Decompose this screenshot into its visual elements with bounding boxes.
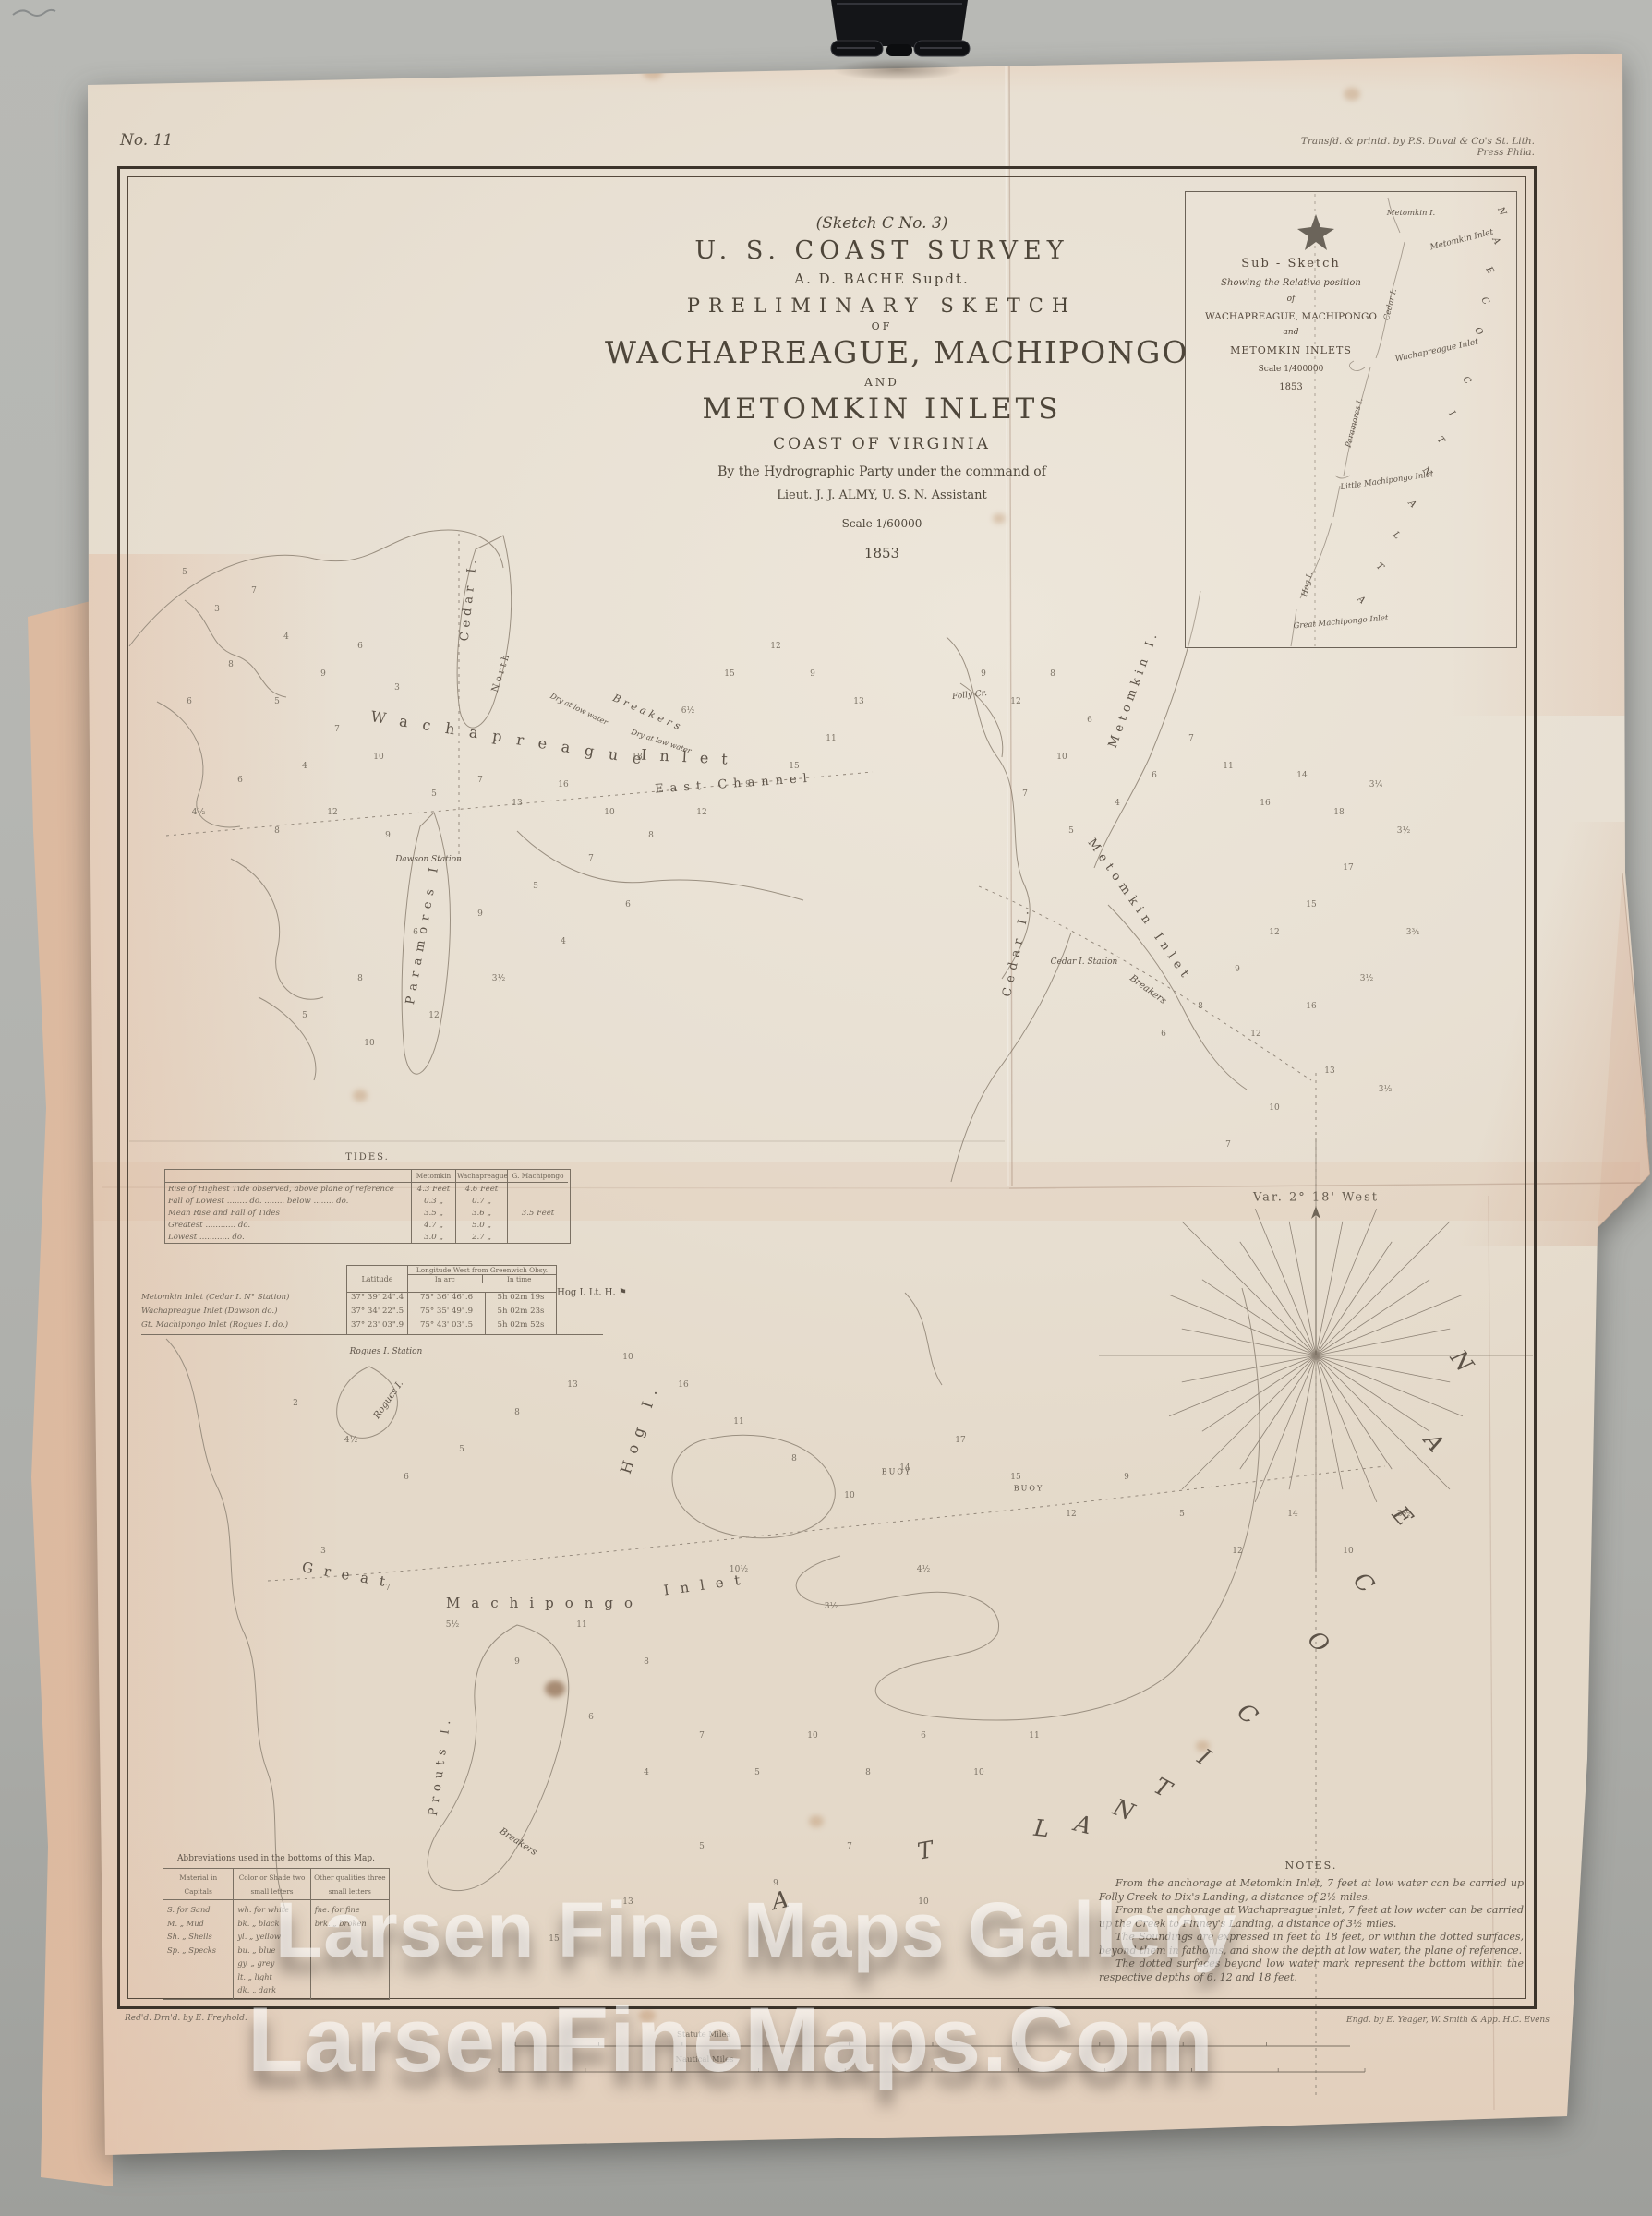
sounding-number: 13 (853, 697, 863, 706)
sub-sketch-line1: Showing the Relative position (1189, 278, 1393, 288)
longitude-arc-value: 75° 43' 03".5 (407, 1320, 485, 1334)
sounding-number: 6 (625, 900, 631, 909)
survey-name: U. S. COAST SURVEY (605, 236, 1159, 265)
sounding-number: 18 (1333, 808, 1344, 817)
sounding-number: 10 (1269, 1103, 1279, 1113)
sounding-number: 6 (357, 642, 363, 651)
sounding-number: 11 (826, 734, 836, 743)
of-word: OF (605, 320, 1159, 332)
sounding-number: 5 (302, 1011, 307, 1020)
tides-row-label: Greatest ............ do. (165, 1219, 411, 1231)
longitude-arc-value: 75° 35' 49".9 (407, 1307, 485, 1320)
notes-title: NOTES. (1099, 1860, 1524, 1872)
station-name: Wachapreague Inlet (Dawson do.) (141, 1307, 346, 1320)
longitude-time-value: 5h 02m 19s (485, 1293, 557, 1307)
sounding-number: 11 (576, 1620, 586, 1630)
sounding-number: 16 (678, 1380, 688, 1390)
arc-header: In arc (408, 1275, 482, 1283)
sounding-number: 8 (1050, 669, 1055, 679)
sounding-number: 4 (283, 632, 289, 642)
sounding-number: 12 (1250, 1030, 1260, 1039)
sounding-number: 12 (1269, 928, 1279, 937)
map-sheet-wrap: No. 11 Transfd. & printd. by P.S. Duval … (0, 0, 1652, 2216)
sounding-number: 9 (385, 831, 391, 840)
sounding-number: 12 (1066, 1510, 1076, 1519)
sounding-number: 5 (459, 1445, 464, 1454)
sounding-number: 7 (699, 1731, 705, 1740)
sounding-number: 6 (588, 1713, 594, 1722)
sketch-number: (Sketch C No. 3) (605, 214, 1159, 233)
sounding-number: 10 (1056, 753, 1067, 762)
sounding-number: 8 (1198, 1002, 1203, 1011)
sounding-number: 9 (320, 669, 326, 679)
sounding-number: 15 (1010, 1473, 1020, 1482)
map-label: L (1032, 1814, 1051, 1843)
sounding-number: 4 (644, 1768, 649, 1777)
sounding-number: 7 (334, 725, 340, 734)
tides-col-header: Metomkin (411, 1170, 455, 1183)
sounding-number: 6 (1161, 1030, 1166, 1039)
sounding-number: 4½ (344, 1436, 357, 1445)
station-name: Metomkin Inlet (Cedar I. N° Station) (141, 1293, 346, 1307)
sounding-number: 6 (413, 928, 418, 937)
photo-of-antique-map: No. 11 Transfd. & printd. by P.S. Duval … (0, 0, 1652, 2216)
sounding-number: 12 (696, 808, 706, 817)
watermark-line1: Larsen Fine Maps Gallery (275, 1885, 1237, 1975)
sounding-number: 15 (789, 762, 799, 771)
longitude-time-value: 5h 02m 52s (485, 1320, 557, 1334)
tides-value (507, 1195, 568, 1207)
abbrev-entry: S. for Sand (167, 1903, 229, 1917)
printer-imprint: Transfd. & printd. by P.S. Duval & Co's … (1291, 136, 1535, 158)
sounding-number: 6 (1152, 771, 1157, 780)
sounding-number: 7 (477, 776, 483, 785)
sounding-number: 12 (1232, 1547, 1242, 1556)
map-label: BUOY (1014, 1485, 1043, 1493)
sounding-number: 3½ (1379, 1085, 1392, 1094)
tides-value: 0.7 „ (455, 1195, 507, 1207)
abbrev-entry: Sh. „ Shells (167, 1930, 229, 1944)
sounding-number: 10 (973, 1768, 983, 1777)
abbreviations-title: Abbreviations used in the bottoms of thi… (163, 1854, 390, 1863)
sub-sketch-scale: Scale 1/400000 (1189, 365, 1393, 374)
binder-clip (805, 0, 994, 65)
map-label: Rogues I. Station (350, 1347, 423, 1356)
sounding-number: 9 (514, 1657, 520, 1667)
tides-value (507, 1231, 568, 1243)
sounding-number: 12 (770, 642, 780, 651)
sounding-number: 7 (1022, 789, 1028, 799)
sounding-number: 8 (648, 831, 654, 840)
map-title-line1: WACHAPREAGUE, MACHIPONGO (605, 334, 1159, 370)
sub-sketch-title-block: Sub - Sketch Showing the Relative positi… (1189, 257, 1393, 392)
sounding-number: 8 (357, 974, 363, 983)
latitude-value: 37° 23' 03".9 (346, 1320, 407, 1334)
sounding-number: 5 (1179, 1510, 1185, 1519)
sounding-number: 5 (754, 1768, 760, 1777)
sounding-number: 9 (1124, 1473, 1129, 1482)
station-name: Gt. Machipongo Inlet (Rogues I. do.) (141, 1320, 346, 1334)
engraver-credit: Engd. by E. Yeager, W. Smith & App. H.C.… (1346, 2016, 1550, 2025)
sounding-number: 7 (1225, 1140, 1231, 1150)
sounding-number: 6 (1087, 716, 1092, 725)
tides-value: 2.7 „ (455, 1231, 507, 1243)
sub-sketch-title: Sub - Sketch (1189, 257, 1393, 271)
sounding-number: 11 (733, 1417, 743, 1427)
sounding-number: 11 (1029, 1731, 1039, 1740)
longitude-header: Longitude West from Greenwich Obsy. (408, 1266, 556, 1274)
sounding-number: 3¾ (1406, 928, 1419, 937)
sounding-number: 7 (251, 586, 257, 596)
map-label: Hog I. Lt. H. ⚑ (557, 1288, 627, 1298)
abbrev-entry: M. „ Mud (167, 1917, 229, 1931)
sub-sketch-and: and (1189, 328, 1393, 337)
sounding-number: 9 (1235, 965, 1240, 974)
party-line: By the Hydrographic Party under the comm… (605, 464, 1159, 479)
sounding-number: 9 (810, 669, 815, 679)
sounding-number: 6 (404, 1473, 409, 1482)
series-title: PRELIMINARY SKETCH (605, 295, 1159, 317)
sounding-number: 4½ (192, 808, 205, 817)
sounding-number: 3½ (825, 1602, 838, 1611)
sounding-number: 16 (1260, 799, 1270, 808)
sounding-number: 10 (604, 808, 614, 817)
sounding-number: 6½ (681, 706, 694, 716)
sub-sketch-label: Metomkin I. (1387, 209, 1435, 218)
sounding-number: 8 (791, 1454, 797, 1463)
sounding-number: 3 (214, 605, 220, 614)
sounding-number: 12 (327, 808, 337, 817)
sounding-number: 14 (899, 1463, 910, 1473)
year: 1853 (605, 545, 1159, 561)
tides-col-header: Wachapreague (455, 1170, 507, 1183)
sounding-number: 13 (1324, 1066, 1334, 1076)
tides-title: TIDES. (164, 1152, 571, 1162)
map-title-line2: METOMKIN INLETS (605, 392, 1159, 426)
tides-value: 4.7 „ (411, 1219, 455, 1231)
abbrev-entry: Sp. „ Specks (167, 1944, 229, 1957)
sounding-number: 4 (302, 762, 307, 771)
superintendent: A. D. BACHE Supdt. (605, 271, 1159, 287)
tides-row-label: Lowest ............ do. (165, 1231, 411, 1243)
sounding-number: 8 (274, 826, 280, 836)
officer-line: Lieut. J. J. ALMY, U. S. N. Assistant (605, 488, 1159, 502)
tides-value: 3.0 „ (411, 1231, 455, 1243)
sounding-number: 12 (428, 1011, 439, 1020)
sounding-number: 14 (1287, 1510, 1297, 1519)
sounding-number: 3½ (1397, 1510, 1410, 1519)
sounding-number: 17 (1343, 863, 1353, 873)
sounding-number: 3¼ (1369, 780, 1382, 789)
sounding-number: 2 (293, 1399, 298, 1408)
tides-table: TIDES. Metomkin Wachapreague G. Machipon… (164, 1152, 571, 1244)
sounding-number: 14 (1296, 771, 1307, 780)
sounding-number: 9 (477, 909, 483, 919)
tides-value: 3.5 Feet (507, 1207, 568, 1219)
latitude-value: 37° 34' 22".5 (346, 1307, 407, 1320)
sounding-number: 4 (1115, 799, 1120, 808)
sounding-number: 5 (274, 697, 280, 706)
sounding-number: 10 (807, 1731, 817, 1740)
sounding-number: 17 (955, 1436, 965, 1445)
sounding-number: 10 (364, 1039, 374, 1048)
map-sheet: No. 11 Transfd. & printd. by P.S. Duval … (0, 0, 1652, 2216)
time-header: In time (482, 1275, 557, 1283)
sounding-number: 3 (394, 683, 400, 692)
tides-value (507, 1183, 568, 1195)
sounding-number: 11 (1223, 762, 1233, 771)
sounding-number: 8 (228, 660, 234, 669)
sounding-number: 10 (844, 1491, 854, 1500)
sounding-number: 5 (1068, 826, 1074, 836)
region: COAST OF VIRGINIA (605, 435, 1159, 453)
sounding-number: 9 (745, 780, 751, 789)
tides-value: 5.0 „ (455, 1219, 507, 1231)
latitude-header: Latitude (346, 1265, 407, 1293)
tides-value: 3.6 „ (455, 1207, 507, 1219)
sheet-number: No. 11 (120, 131, 173, 150)
sounding-number: 15 (724, 669, 734, 679)
sounding-number: 7 (588, 854, 594, 863)
sounding-number: 13 (512, 799, 522, 808)
tides-value (507, 1219, 568, 1231)
sounding-number: 8 (514, 1408, 520, 1417)
sounding-number: 8 (644, 1657, 649, 1667)
sounding-number: 6 (187, 697, 192, 706)
sounding-number: 3 (320, 1547, 326, 1556)
tides-row-label: Fall of Lowest ........ do. ........ bel… (165, 1195, 411, 1207)
scale-note: Scale 1/60000 (605, 517, 1159, 530)
map-label: Machipongo (446, 1595, 644, 1611)
longitude-arc-value: 75° 36' 46".6 (407, 1293, 485, 1307)
sounding-number: 3½ (492, 974, 505, 983)
sounding-number: 13 (567, 1380, 577, 1390)
sounding-number: 15 (1306, 900, 1316, 909)
sounding-number: 5 (431, 789, 437, 799)
tides-value: 0.3 „ (411, 1195, 455, 1207)
sounding-number: 4 (561, 937, 566, 946)
sounding-number: 7 (1188, 734, 1194, 743)
sounding-number: 7 (847, 1842, 852, 1851)
abbrev-col-header: Material in Capitals (163, 1871, 233, 1900)
sounding-number: 3½ (1360, 974, 1373, 983)
sounding-number: 10 (1343, 1547, 1353, 1556)
sounding-number: 9 (981, 669, 986, 679)
sounding-number: 18 (632, 753, 642, 762)
longitude-time-value: 5h 02m 23s (485, 1307, 557, 1320)
sounding-number: 10 (373, 753, 383, 762)
tides-col-header: G. Machipongo (507, 1170, 568, 1183)
watermark-line2: LarsenFineMaps.Com (247, 1987, 1214, 2092)
sounding-number: 16 (1306, 1002, 1316, 1011)
map-label: Cedar I. Station (1051, 957, 1118, 967)
tides-row-label: Rise of Highest Tide observed, above pla… (165, 1183, 411, 1195)
sounding-number: 5 (182, 568, 187, 577)
clip-lip (886, 44, 912, 56)
and-word: AND (605, 376, 1159, 389)
sounding-number: 12 (1010, 697, 1020, 706)
sounding-number: 3½ (1397, 826, 1410, 836)
sounding-number: 10 (622, 1353, 633, 1362)
sub-sketch-line2: of (1189, 295, 1393, 304)
sounding-number: 5½ (446, 1620, 459, 1630)
positions-table: Latitude Longitude West from Greenwich O… (141, 1265, 603, 1335)
draftsman-credit: Red'd. Drn'd. by E. Freyhold. (125, 2014, 247, 2023)
magnetic-variation-label: Var. 2° 18' West (1253, 1191, 1379, 1205)
tides-value: 4.6 Feet (455, 1183, 507, 1195)
sounding-number: 5 (533, 882, 538, 891)
sounding-number: 6 (921, 1731, 926, 1740)
sounding-number: 4½ (917, 1565, 930, 1574)
sounding-number: 7 (385, 1584, 391, 1593)
sounding-number: 10½ (730, 1565, 748, 1574)
tides-row-label: Mean Rise and Fall of Tides (165, 1207, 411, 1219)
sounding-number: 6 (237, 776, 243, 785)
tides-value: 3.5 „ (411, 1207, 455, 1219)
tides-value: 4.3 Feet (411, 1183, 455, 1195)
sub-sketch-name1: WACHAPREAGUE, MACHIPONGO (1189, 311, 1393, 322)
sounding-number: 5 (699, 1842, 705, 1851)
latitude-value: 37° 39' 24".4 (346, 1293, 407, 1307)
sounding-number: 8 (865, 1768, 871, 1777)
sounding-number: 16 (558, 780, 568, 789)
title-block: (Sketch C No. 3) U. S. COAST SURVEY A. D… (605, 214, 1159, 561)
sub-sketch-year: 1853 (1189, 382, 1393, 392)
sub-sketch-name2: METOMKIN INLETS (1189, 344, 1393, 356)
